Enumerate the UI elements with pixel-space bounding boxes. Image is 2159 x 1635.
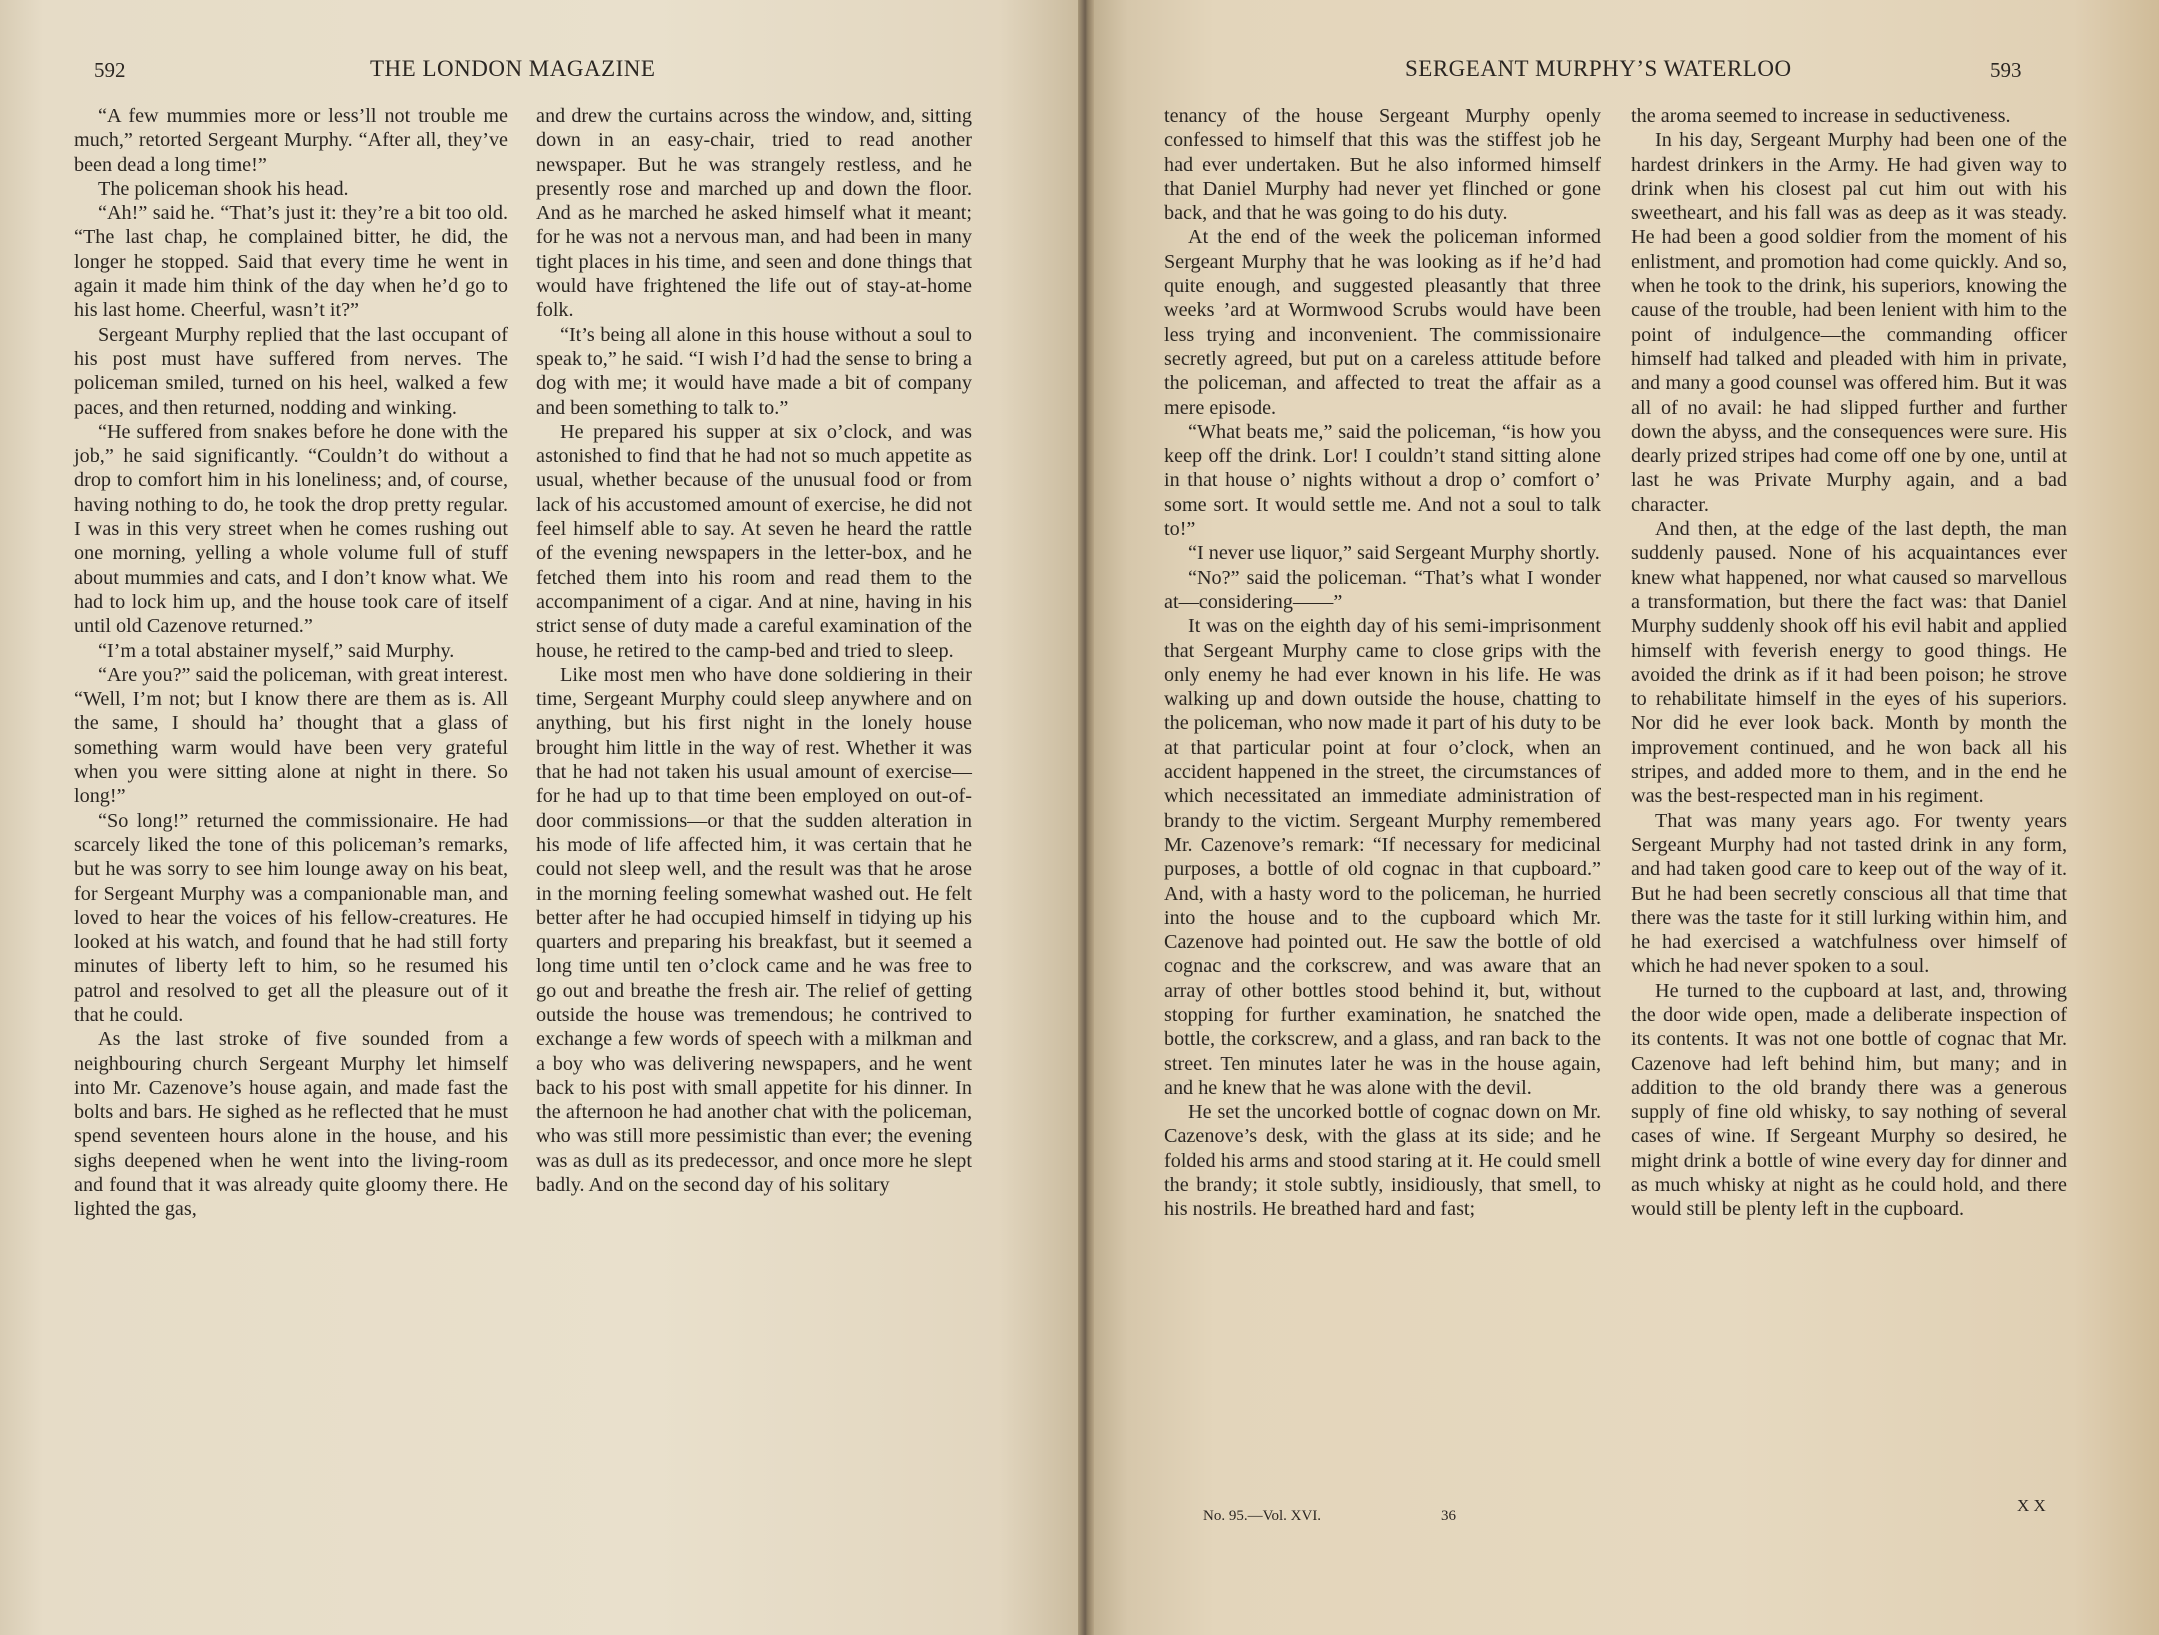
text-column-4: the aroma seemed to increase in seductiv… <box>1631 104 2067 1222</box>
paragraph: and drew the curtains across the window,… <box>536 104 972 323</box>
right-page: SERGEANT MURPHY’S WATERLOO 593 tenancy o… <box>1085 0 2159 1635</box>
text-column-3: tenancy of the house Sergeant Murphy ope… <box>1164 104 1601 1222</box>
catchword: X X <box>2017 1496 2046 1516</box>
paragraph: At the end of the week the policeman inf… <box>1164 225 1601 419</box>
paragraph: “No?” said the policeman. “That’s what I… <box>1164 566 1601 615</box>
paragraph: He turned to the cupboard at last, and, … <box>1631 979 2067 1222</box>
text-column-1: “A few mummies more or less’ll not troub… <box>74 104 508 1222</box>
paragraph: He set the uncorked bottle of cognac dow… <box>1164 1100 1601 1221</box>
paragraph: “I never use liquor,” said Sergeant Murp… <box>1164 541 1601 565</box>
paragraph: “He suffered from snakes before he done … <box>74 420 508 639</box>
page-number: 592 <box>94 58 126 83</box>
paragraph: He prepared his supper at six o’clock, a… <box>536 420 972 663</box>
paragraph: “What beats me,” said the policeman, “is… <box>1164 420 1601 541</box>
paragraph: It was on the eighth day of his semi-imp… <box>1164 614 1601 1100</box>
running-head: THE LONDON MAGAZINE <box>370 56 655 82</box>
paragraph: “I’m a total abstainer myself,” said Mur… <box>74 639 508 663</box>
signature-mark: 36 <box>1441 1508 1456 1525</box>
paragraph: “Ah!” said he. “That’s just it: they’re … <box>74 201 508 322</box>
paragraph: “It’s being all alone in this house with… <box>536 323 972 420</box>
paragraph: “So long!” returned the commissionaire. … <box>74 809 508 1028</box>
paragraph: “A few mummies more or less’ll not troub… <box>74 104 508 177</box>
paragraph: “Are you?” said the policeman, with grea… <box>74 663 508 809</box>
paragraph: Like most men who have done soldiering i… <box>536 663 972 1198</box>
running-head: SERGEANT MURPHY’S WATERLOO <box>1405 56 1792 82</box>
page-number: 593 <box>1990 58 2022 83</box>
book-gutter <box>1078 0 1094 1635</box>
paragraph: That was many years ago. For twenty year… <box>1631 809 2067 979</box>
paragraph: the aroma seemed to increase in seductiv… <box>1631 104 2067 128</box>
paragraph: And then, at the edge of the last depth,… <box>1631 517 2067 809</box>
paragraph: In his day, Sergeant Murphy had been one… <box>1631 128 2067 517</box>
paragraph: Sergeant Murphy replied that the last oc… <box>74 323 508 420</box>
paragraph: The policeman shook his head. <box>74 177 508 201</box>
paragraph: As the last stroke of five sounded from … <box>74 1027 508 1221</box>
issue-footer: No. 95.—Vol. XVI. <box>1203 1508 1321 1525</box>
text-column-2: and drew the curtains across the window,… <box>536 104 972 1197</box>
book-spread: 592 THE LONDON MAGAZINE “A few mummies m… <box>0 0 2159 1635</box>
paragraph: tenancy of the house Sergeant Murphy ope… <box>1164 104 1601 225</box>
left-page: 592 THE LONDON MAGAZINE “A few mummies m… <box>0 0 1085 1635</box>
